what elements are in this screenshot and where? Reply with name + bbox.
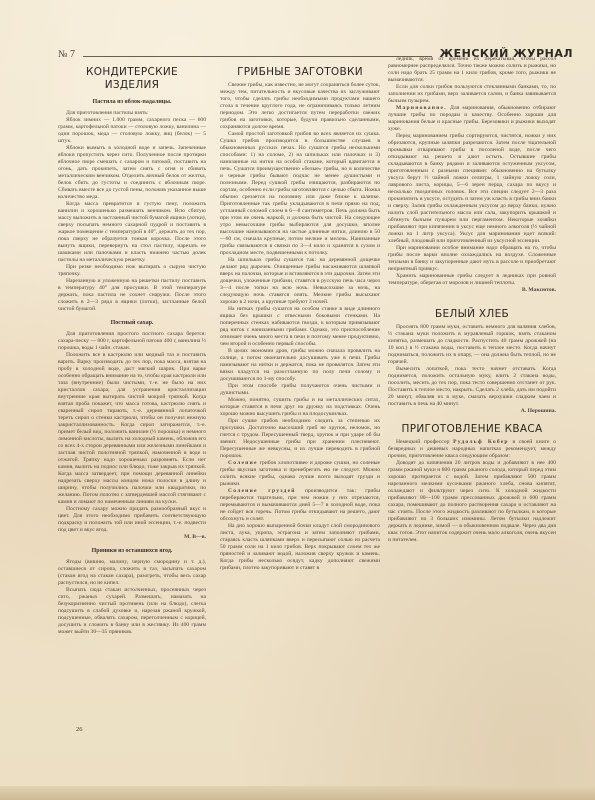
paragraph: При резке необходимо нож вытирать о сыру… <box>58 264 206 278</box>
paragraph: Всыпать сюда стакан истолченных, просеян… <box>58 587 206 636</box>
signature-maksyutov: В. Максютов. <box>388 287 556 294</box>
paragraph: Хранить маринованные грибы следует в лед… <box>388 273 556 287</box>
paragraph: На дно хорошо выпаренной бочки кладут сл… <box>220 523 380 572</box>
paragraph: Самой простой заготовкой грибов во всех … <box>220 131 380 257</box>
mushrooms-article-body: Свежие грибы, как известно, не могут сох… <box>220 82 380 572</box>
lead-term: Маринование. <box>396 105 447 111</box>
recipe-title: Пастила из яблок-падалицы. <box>58 98 206 106</box>
paragraph: Для приготовления пастилы взять: <box>58 110 206 117</box>
paragraph: Немецкий профессор Рудольф Кобер в своей… <box>388 439 556 460</box>
paragraph: Положить все в кастрюлю или медный таз и… <box>58 352 206 506</box>
paragraph: На шпильках грибы сушатся так: на деревя… <box>220 257 380 306</box>
paragraph: Вымесить лопаткой, пока тесто начнет отс… <box>388 366 556 408</box>
paragraph: Соление грибов хлопотливее и дороже сушк… <box>220 460 380 488</box>
paragraph: Ягоды (вишню, малину, черную смородину и… <box>58 559 206 587</box>
page-number: 26 <box>76 726 83 733</box>
recipe-title: Пряники из оставшихся ягод. <box>58 547 206 555</box>
issue-number: № 7 <box>58 49 75 60</box>
bread-article-body: Просеять 800 грамм муки, оставить немног… <box>388 324 556 408</box>
mushrooms-continued: ледник, время от времени их перекатывая,… <box>388 56 556 287</box>
magazine-page: № 7 ЖЕНСКИЙ ЖУРНАЛ КОНДИТЕРСКИЕ ИЗДЕЛИЯ … <box>0 0 595 800</box>
paragraph: Яблоки вымыть в холодной воде и запечь. … <box>58 145 206 201</box>
paper-edge <box>0 786 595 800</box>
paragraph: Когда масса превратится в густую пену, п… <box>58 201 206 264</box>
section-title-mushrooms: ГРИБНЫЕ ЗАГОТОВКИ <box>220 66 380 79</box>
lead-term: Соление груздей <box>228 488 296 494</box>
paragraph: Можно, понятно, сушить грибы и на металл… <box>220 397 380 418</box>
column-confectionery: КОНДИТЕРСКИЕ ИЗДЕЛИЯ Пастила из яблок-па… <box>58 66 206 636</box>
paragraph: ледник, время от времени их перекатывая,… <box>388 56 556 84</box>
paragraph: В целях экономии дров, грибы можно снача… <box>220 348 380 383</box>
paragraph: На нитках грибы сушатся на особом станке… <box>220 306 380 348</box>
section-title-bread: БЕЛЫЙ ХЛЕБ <box>388 308 556 321</box>
paragraph: При этом способе грибы получаются очень … <box>220 383 380 397</box>
lead-term: Соление <box>228 460 258 466</box>
column-mushrooms: ГРИБНЫЕ ЗАГОТОВКИ Свежие грибы, как изве… <box>220 66 380 572</box>
paragraph: Для приготовления простого постного саха… <box>58 331 206 352</box>
paragraph: Свежие грибы, как известно, не могут сох… <box>220 82 380 131</box>
section-title-kvass: ПРИГОТОВЛЕНИЕ КВАСА <box>388 423 556 436</box>
column-right: ледник, время от времени их перекатывая,… <box>388 56 556 544</box>
recipe-title: Постный сахар. <box>58 319 206 327</box>
paragraph: При сушке грибов необходимо следить за с… <box>220 418 380 460</box>
kvass-article-body: Немецкий профессор Рудольф Кобер в своей… <box>388 439 556 544</box>
paragraph: Постному сахару можно придать разнообраз… <box>58 506 206 534</box>
paragraph: Доводят до кипячения 20 литров воды и до… <box>388 460 556 544</box>
paragraph: Перед маринованием грибы сортируются, чи… <box>388 133 556 245</box>
confectionery-articles: Пастила из яблок-падалицы.Для приготовле… <box>58 98 206 636</box>
signature: М. В—в. <box>58 534 206 541</box>
signature-poroshina: А. Порошина. <box>388 408 556 415</box>
paragraph: Маринование. Для маринования, обыкновенн… <box>388 105 556 133</box>
paragraph: Нарезанную и уложенную на решетки пастил… <box>58 278 206 313</box>
paragraph: При мариновании особое внимание надо обр… <box>388 245 556 273</box>
author-name: Рудольф Кобер <box>453 439 509 445</box>
header-rule <box>83 56 432 57</box>
paragraph: Яблок зимних — 1.000 грамм, сахарного пе… <box>58 117 206 145</box>
section-title-confectionery: КОНДИТЕРСКИЕ ИЗДЕЛИЯ <box>58 66 206 92</box>
paragraph: Соление груздей производится так: грибы … <box>220 488 380 523</box>
paragraph: Просеять 800 грамм муки, оставить немног… <box>388 324 556 366</box>
paragraph: Если для солки грибов пользуются стеклян… <box>388 84 556 105</box>
